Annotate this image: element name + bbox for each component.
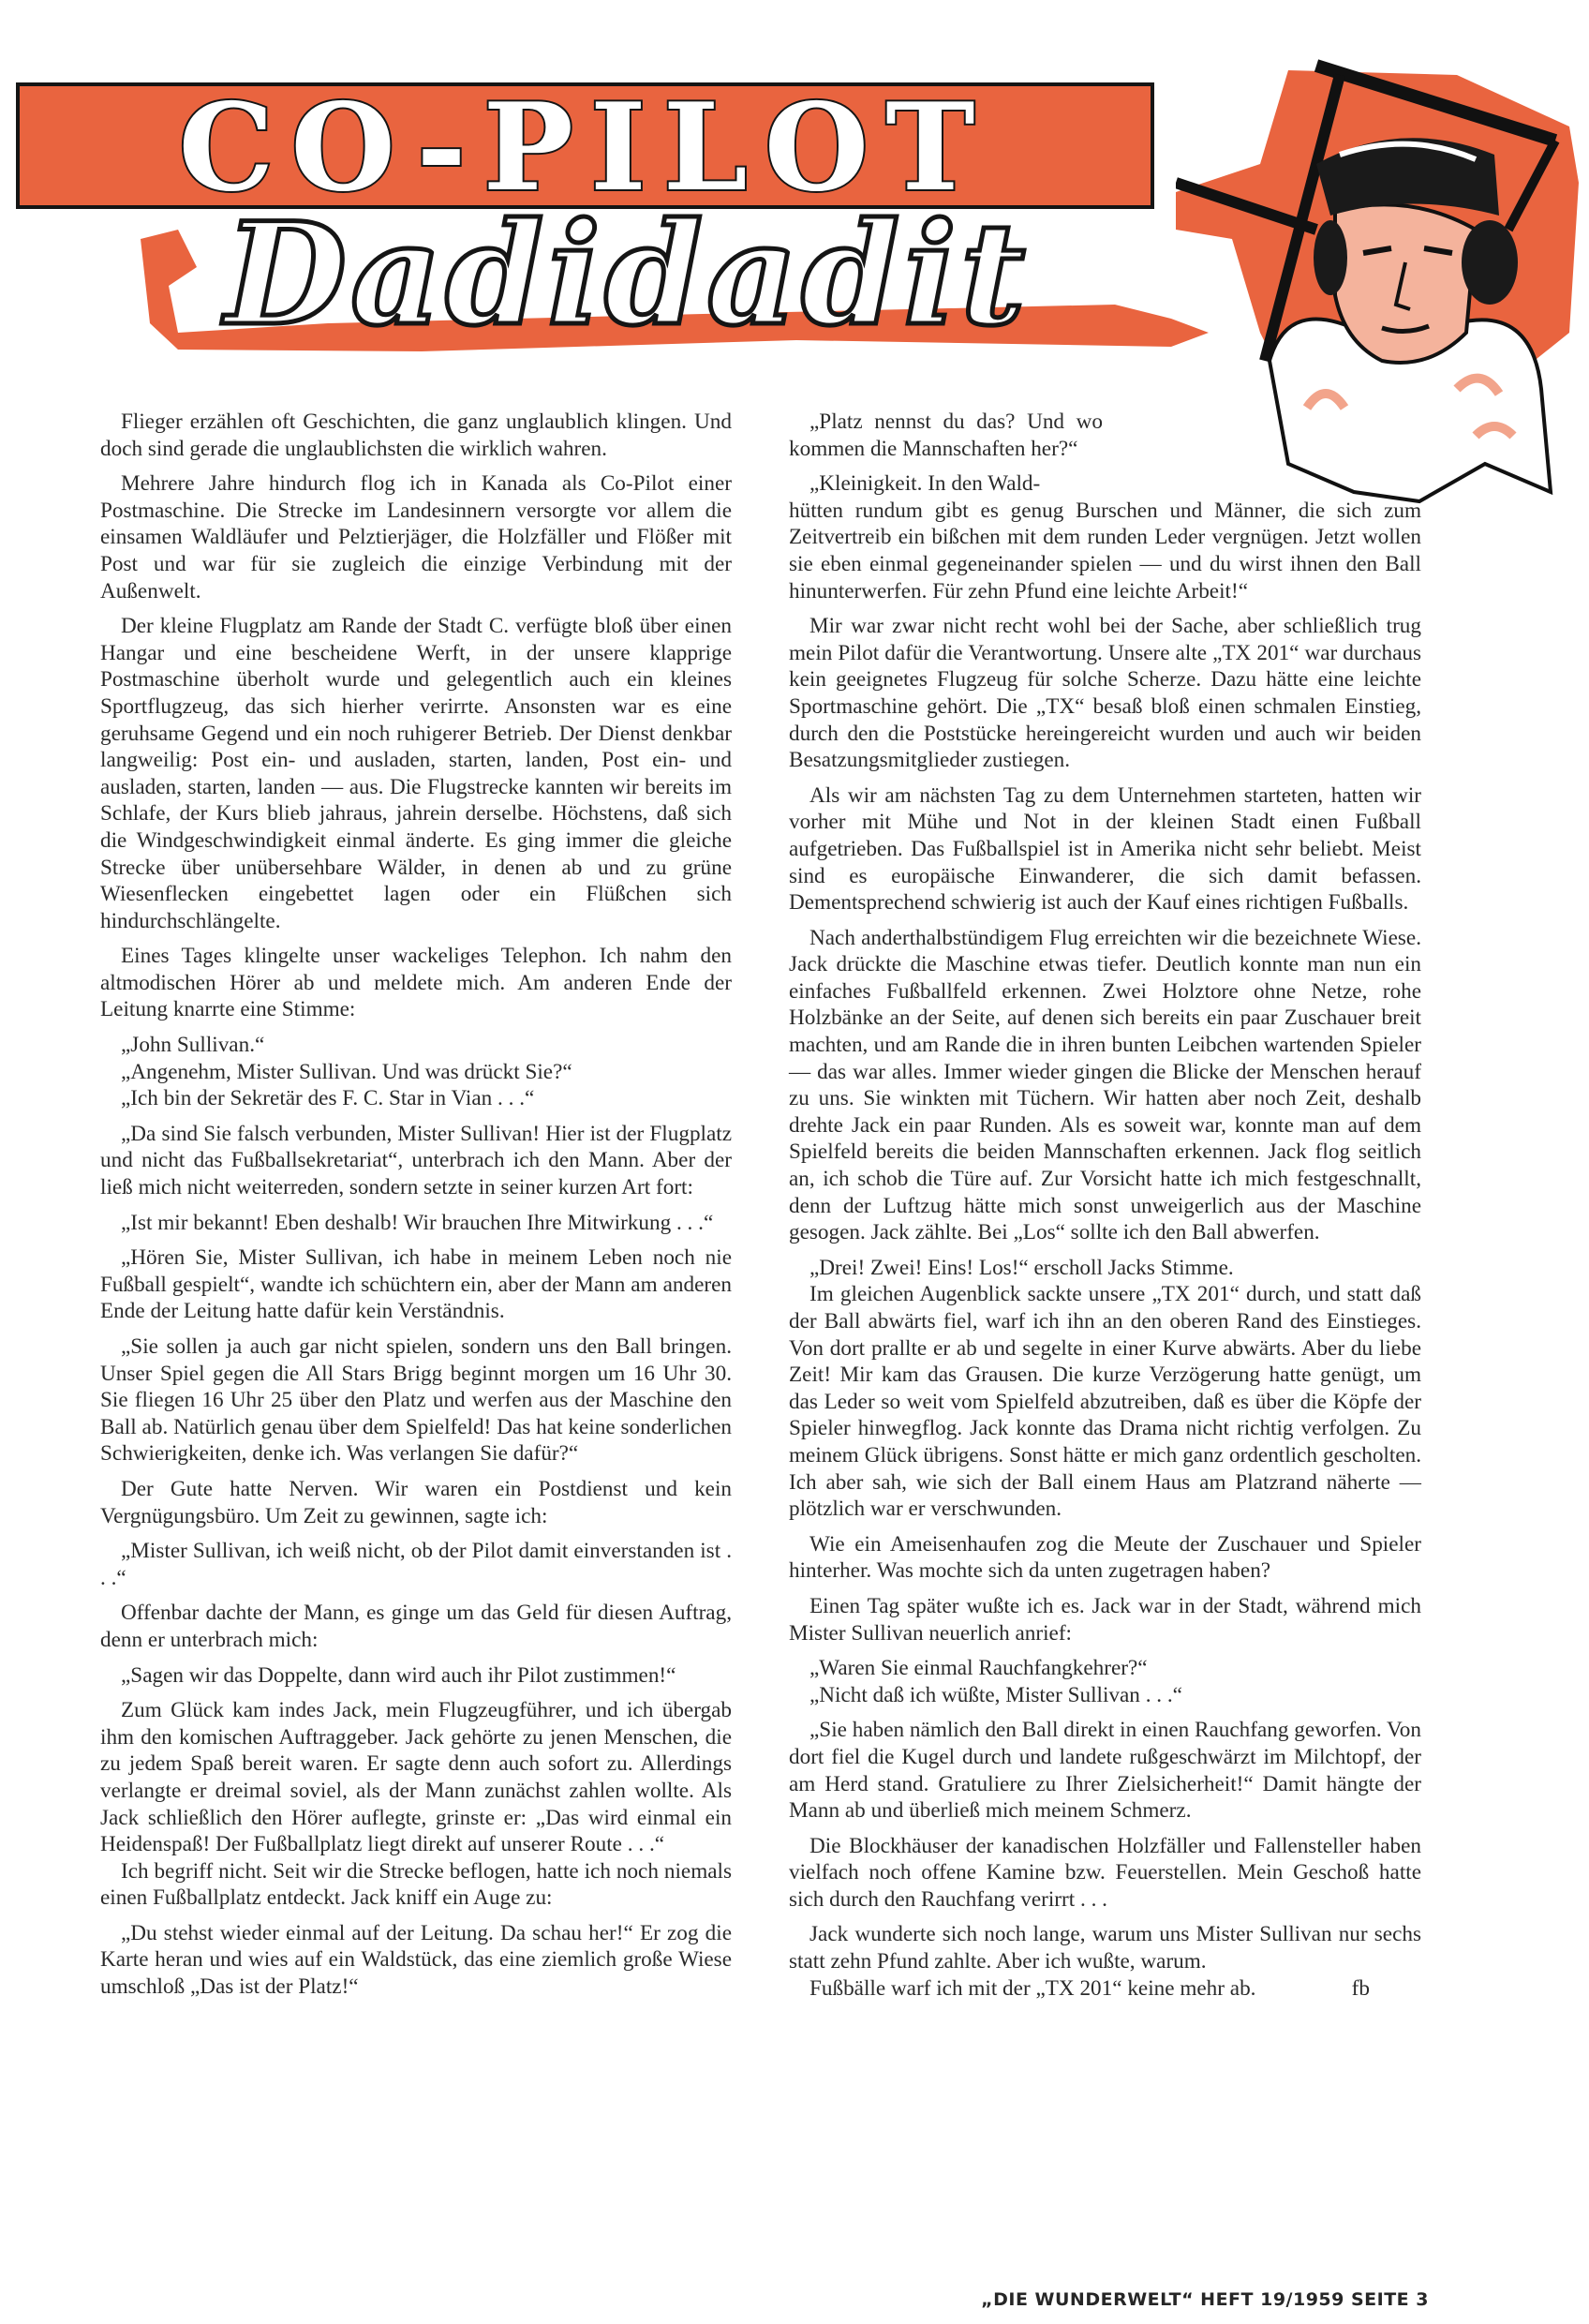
paragraph: Im gleichen Augenblick sackte unsere „TX… [789, 1281, 1421, 1522]
paragraph: Eines Tages klingelte unser wackeliges T… [100, 943, 732, 1023]
author-signature: fb [1331, 1975, 1370, 2003]
dialogue-line: „Angenehm, Mister Sullivan. Und was drüc… [100, 1059, 732, 1086]
paragraph: Jack wunderte sich noch lange, warum uns… [789, 1921, 1421, 1974]
page-title: CO-PILOT [20, 92, 1151, 204]
closing-text: Fußbälle warf ich mit der „TX 201“ keine… [809, 1976, 1255, 2001]
paragraph: Einen Tag später wußte ich es. Jack war … [789, 1593, 1421, 1646]
paragraph: „Sie haben nämlich den Ball direkt in ei… [789, 1717, 1421, 1824]
paragraph: „Du stehst wieder einmal auf der Leitung… [100, 1920, 732, 2001]
paragraph: Die Blockhäuser der kanadischen Holzfäll… [789, 1833, 1421, 1914]
paragraph: Ich begriff nicht. Seit wir die Strecke … [100, 1858, 732, 1912]
paragraph: „Hören Sie, Mister Sullivan, ich habe in… [100, 1244, 732, 1325]
paragraph: Der kleine Flugplatz am Rande der Stadt … [100, 613, 732, 934]
paragraph: hütten rundum gibt es genug Burschen und… [789, 498, 1421, 604]
paragraph: „Platz nennst du das? Und wo kommen die … [789, 409, 1103, 462]
dialogue-line: „Ich bin der Sekretär des F. C. Star in … [100, 1085, 732, 1112]
paragraph: Wie ein Ameisenhaufen zog die Meute der … [789, 1531, 1421, 1585]
paragraph: Mehrere Jahre hindurch flog ich in Kanad… [100, 470, 732, 604]
publication-footer: „DIE WUNDERWELT“ HEFT 19/1959 SEITE 3 [981, 2289, 1429, 2310]
paragraph: „Da sind Sie falsch verbunden, Mister Su… [100, 1121, 732, 1201]
paragraph: Zum Glück kam indes Jack, mein Flugzeugf… [100, 1697, 732, 1858]
paragraph: Als wir am nächsten Tag zu dem Unternehm… [789, 782, 1421, 916]
paragraph: Offenbar dachte der Mann, es ginge um da… [100, 1600, 732, 1653]
article-right-column: „Platz nennst du das? Und wo kommen die … [789, 409, 1421, 2010]
paragraph: Mir war zwar nicht recht wohl bei der Sa… [789, 613, 1421, 774]
page-subtitle: Dadidadit [225, 195, 1029, 354]
article-left-column: Flieger erzählen oft Geschichten, die ga… [100, 409, 732, 2009]
paragraph: Der Gute hatte Nerven. Wir waren ein Pos… [100, 1476, 732, 1529]
dialogue-line: „Waren Sie einmal Rauchfangkehrer?“ [789, 1655, 1421, 1682]
paragraph: „Sagen wir das Doppelte, dann wird auch … [100, 1662, 732, 1690]
paragraph: „Mister Sullivan, ich weiß nicht, ob der… [100, 1538, 732, 1591]
paragraph: „Kleinigkeit. In den Wald- [789, 470, 1103, 498]
closing-line: Fußbälle warf ich mit der „TX 201“ keine… [789, 1975, 1421, 2003]
title-banner: CO-PILOT [16, 82, 1154, 209]
dialogue-line: „John Sullivan.“ [100, 1032, 732, 1059]
paragraph: „Sie sollen ja auch gar nicht spielen, s… [100, 1333, 732, 1467]
dialogue-line: „Nicht daß ich wüßte, Mister Sullivan . … [789, 1682, 1421, 1709]
dialogue-line: „Drei! Zwei! Eins! Los!“ erscholl Jacks … [789, 1255, 1421, 1282]
paragraph: Nach anderthalbstündigem Flug erreichten… [789, 925, 1421, 1246]
paragraph: „Ist mir bekannt! Eben deshalb! Wir brau… [100, 1210, 732, 1237]
paragraph: Flieger erzählen oft Geschichten, die ga… [100, 409, 732, 462]
